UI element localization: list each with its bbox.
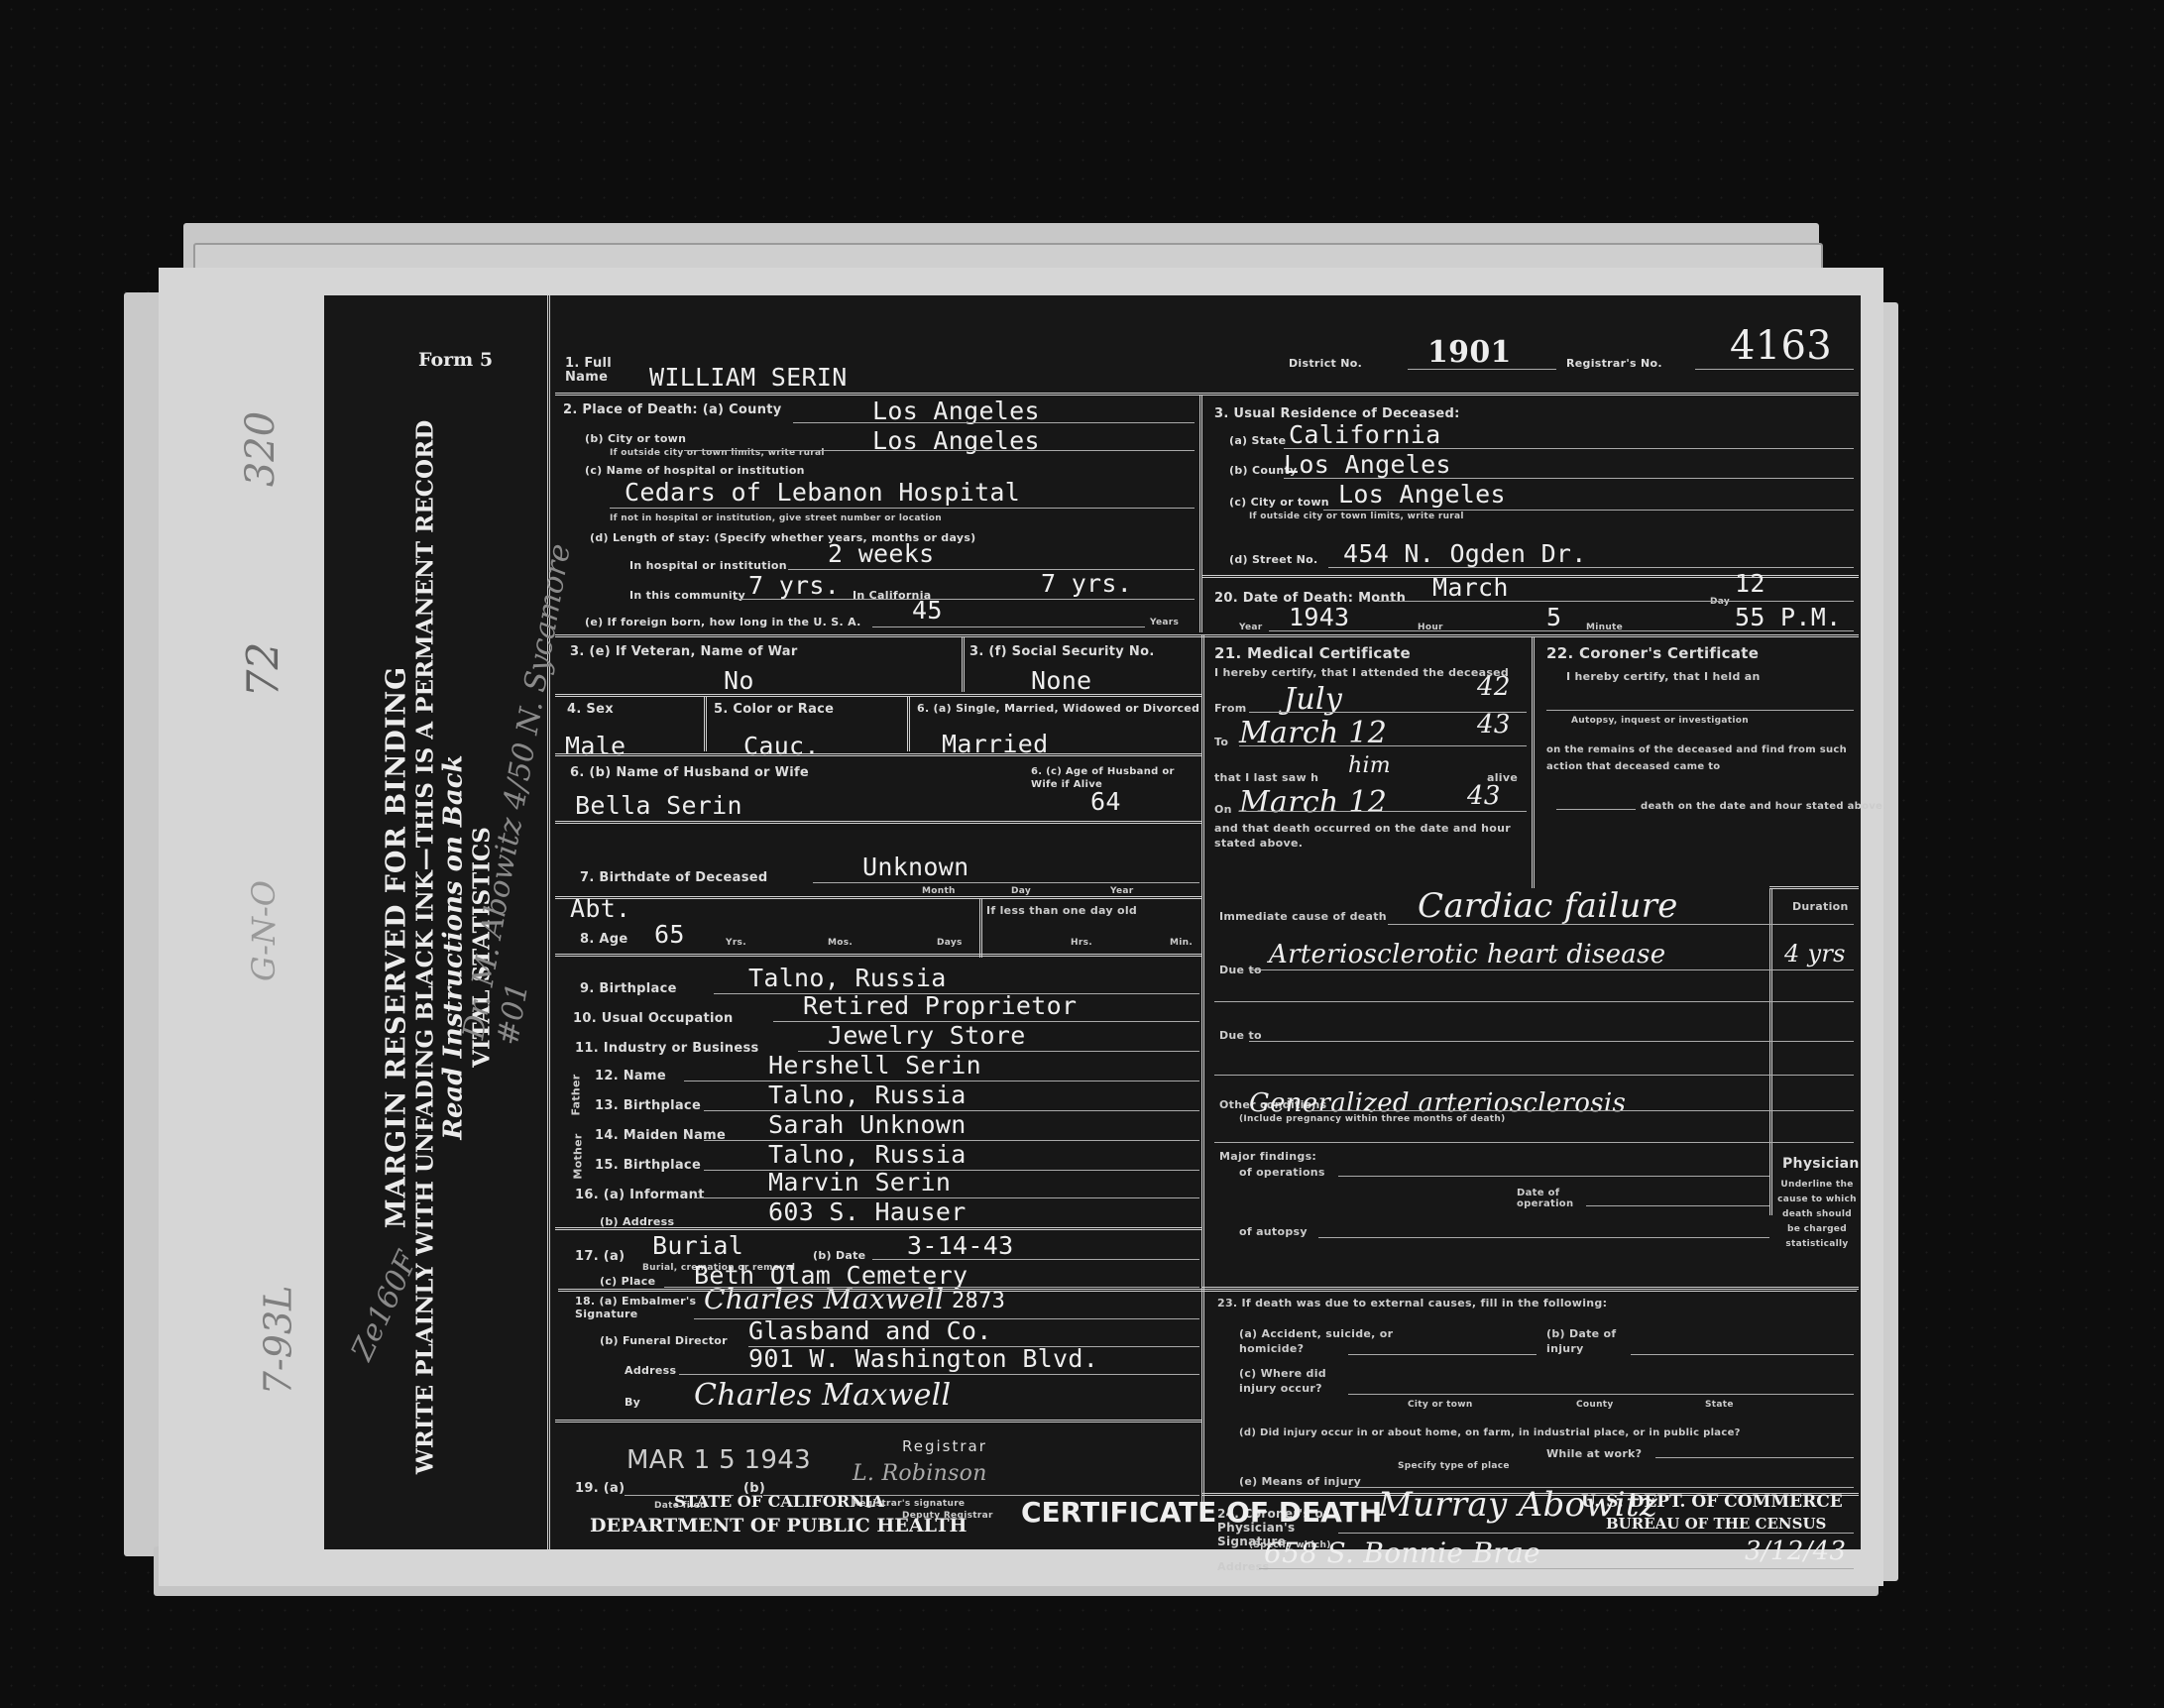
age-label: 8. Age <box>580 932 628 947</box>
coroner-line-2: on the remains of the deceased and find … <box>1546 741 1854 775</box>
coroner-line-1: I hereby certify, that I held an <box>1566 670 1761 683</box>
min-label: Min. <box>1170 938 1193 948</box>
death-certificate-form: District No. 1901 Registrar's No. 4163 1… <box>555 295 1859 1549</box>
place-of-death-label: 2. Place of Death: (a) County <box>563 402 782 417</box>
external-causes-title: 23. If death was due to external causes,… <box>1217 1297 1607 1309</box>
res-state-label: (a) State <box>1229 434 1286 447</box>
margin-line-2: WRITE PLAINLY WITH UNFADING BLACK INK—TH… <box>412 398 439 1498</box>
industry: Jewelry Store <box>828 1021 1026 1050</box>
district-label: District No. <box>1289 357 1362 370</box>
margin-line-3: Read Instructions on Back <box>439 398 469 1498</box>
physician-label: Physician <box>1782 1156 1860 1172</box>
veteran: No <box>724 666 754 695</box>
age-years: 65 <box>654 920 685 949</box>
mother-side-label: Mother <box>572 1133 585 1179</box>
hrs-label: Hrs. <box>1071 938 1092 948</box>
pencil-note-top: 320 <box>238 411 284 487</box>
footer-census: BUREAU OF THE CENSUS <box>1606 1515 1826 1533</box>
on-label: On <box>1214 803 1232 816</box>
coroner-sub-1: Autopsy, inquest or investigation <box>1571 716 1749 726</box>
race-label: 5. Color or Race <box>714 702 834 717</box>
to-label: To <box>1214 736 1228 748</box>
death-occurred-text: and that death occurred on the date and … <box>1214 821 1532 851</box>
footer-department: DEPARTMENT OF PUBLIC HEALTH <box>590 1515 967 1537</box>
operation-date-label: Date of operation <box>1517 1188 1586 1209</box>
spouse-name: Bella Serin <box>575 791 742 820</box>
pencil-note-low: G-N-O <box>245 880 283 981</box>
birthplace: Talno, Russia <box>748 964 947 992</box>
pencil-note-bottom: 7-93L <box>256 1286 299 1396</box>
birthdate: Unknown <box>862 853 968 881</box>
major-findings-label: Major findings: <box>1219 1150 1316 1163</box>
spouse-age: 64 <box>1090 787 1121 816</box>
res-city-label: (c) City or town <box>1229 496 1329 509</box>
county-sublabel: County <box>1576 1400 1614 1410</box>
city-sublabel: City or town <box>1408 1400 1473 1410</box>
last-saw-value: him <box>1348 753 1391 778</box>
stay-community: 7 yrs. <box>748 571 840 600</box>
res-street: 454 N. Ogden Dr. <box>1343 539 1587 568</box>
due-to-cause-1: Arteriosclerotic heart disease <box>1269 940 1735 969</box>
res-city: Los Angeles <box>1338 480 1506 509</box>
res-state: California <box>1289 420 1441 449</box>
informant-address: 603 S. Hauser <box>768 1197 967 1226</box>
funeral-address: 901 W. Washington Blvd. <box>748 1344 1098 1373</box>
physician-address: 658 S. Bonnie Brae <box>1264 1537 1540 1569</box>
res-city-hint: If outside city or town limits, write ru… <box>1249 512 1464 521</box>
father-name: Hershell Serin <box>768 1051 981 1080</box>
mother-maiden-name: Sarah Unknown <box>768 1110 967 1139</box>
sex-label: 4. Sex <box>567 702 614 717</box>
footer-state: STATE OF CALIFORNIA <box>674 1492 884 1511</box>
coroner-line-3: death on the date and hour stated above. <box>1641 801 1886 812</box>
death-day: 12 <box>1735 569 1765 598</box>
yrs-label: Yrs. <box>726 938 746 948</box>
stay-hospital: 2 weeks <box>828 539 934 568</box>
disposition-date: 3-14-43 <box>907 1231 1013 1260</box>
attended-to-year: 43 <box>1477 710 1511 740</box>
year-sublabel: Year <box>1110 886 1134 896</box>
death-year: 1943 <box>1289 603 1349 631</box>
funeral-address-label: Address <box>625 1364 676 1377</box>
disposition: Burial <box>652 1231 743 1260</box>
month-sublabel: Month <box>922 886 956 896</box>
duration-label: Duration <box>1792 900 1849 913</box>
physician-address-label: Address <box>1217 1560 1269 1573</box>
father-birthplace-label: 13. Birthplace <box>595 1098 701 1113</box>
res-county: Los Angeles <box>1284 450 1451 479</box>
footer-commerce: U. S. DEPT. OF COMMERCE <box>1581 1492 1843 1512</box>
industry-label: 11. Industry or Business <box>575 1041 759 1056</box>
years-in-usa: 45 <box>912 596 943 625</box>
hospital-label: (c) Name of hospital or institution <box>585 464 805 477</box>
occupation: Retired Proprietor <box>803 991 1077 1020</box>
spouse-label: 6. (b) Name of Husband or Wife <box>570 765 809 780</box>
coroner-cert-title: 22. Coroner's Certificate <box>1546 644 1759 662</box>
death-county: Los Angeles <box>872 397 1040 425</box>
marital-label: 6. (a) Single, Married, Widowed or Divor… <box>917 702 1199 715</box>
footer-title: CERTIFICATE OF DEATH <box>1021 1496 1382 1529</box>
embalmer-label: 18. (a) Embalmer's Signature <box>575 1295 714 1320</box>
place-type-sublabel: Specify type of place <box>1398 1461 1510 1471</box>
hospital-name: Cedars of Lebanon Hospital <box>625 478 1020 507</box>
veteran-label: 3. (e) If Veteran, Name of War <box>570 644 798 659</box>
last-saw-label: that I last saw h <box>1214 771 1318 784</box>
last-saw-date: March 12 <box>1239 785 1387 820</box>
while-at-work-label: While at work? <box>1546 1447 1642 1460</box>
accident-label: (a) Accident, suicide, or homicide? <box>1239 1326 1437 1356</box>
ssn-label: 3. (f) Social Security No. <box>969 644 1155 659</box>
full-name-label: 1. Full Name <box>565 357 625 385</box>
registrar-label: Registrar's No. <box>1566 357 1662 370</box>
mother-birthplace-label: 15. Birthplace <box>595 1158 701 1173</box>
informant-label: 16. (a) Informant <box>575 1188 705 1202</box>
injury-place-label: (d) Did injury occur in or about home, o… <box>1239 1420 1854 1447</box>
full-name: WILLIAM SERIN <box>649 363 848 392</box>
death-city-label: (b) City or town <box>585 432 686 445</box>
day-sublabel: Day <box>1011 886 1031 896</box>
father-name-label: 12. Name <box>595 1069 666 1083</box>
less-than-day-label: If less than one day old <box>986 904 1137 917</box>
funeral-director-label: (b) Funeral Director <box>600 1334 728 1347</box>
ssn: None <box>1031 666 1091 695</box>
funeral-director: Glasband and Co. <box>748 1316 992 1345</box>
years-unit: Years <box>1150 618 1179 627</box>
due-to-duration-1: 4 yrs <box>1784 940 1846 968</box>
by-label: By <box>625 1396 640 1409</box>
disposition-label: 17. (a) <box>575 1249 625 1264</box>
day-label: Day <box>1710 597 1730 607</box>
form-number: Form 5 <box>418 349 493 371</box>
father-birthplace: Talno, Russia <box>768 1081 967 1109</box>
cemetery-label: (c) Place <box>600 1275 655 1288</box>
birthdate-label: 7. Birthdate of Deceased <box>580 870 767 885</box>
father-side-label: Father <box>570 1074 583 1115</box>
other-conditions: Generalized arteriosclerosis <box>1249 1088 1715 1118</box>
physician-note: Underline the cause to which death shoul… <box>1776 1178 1858 1252</box>
death-hour: 5 <box>1546 603 1561 631</box>
res-street-label: (d) Street No. <box>1229 553 1318 566</box>
signature-date: 3/12/43 <box>1745 1537 1846 1566</box>
state-sublabel: State <box>1705 1400 1734 1410</box>
means-of-injury-label: (e) Means of injury <box>1239 1475 1361 1488</box>
pencil-note-mid: 72 <box>239 642 289 698</box>
by-signature: Charles Maxwell <box>694 1378 951 1413</box>
immediate-cause-label: Immediate cause of death <box>1219 910 1387 923</box>
registrar-signature: L. Robinson <box>853 1461 987 1486</box>
death-minute: 55 P.M. <box>1735 603 1841 631</box>
years-in-usa-label: (e) If foreign born, how long in the U. … <box>585 616 861 628</box>
last-saw-year: 43 <box>1467 781 1501 811</box>
attended-from-year: 42 <box>1477 672 1511 702</box>
embalmer-signature: Charles Maxwell <box>704 1283 944 1315</box>
birthplace-label: 9. Birthplace <box>580 981 677 996</box>
from-label: From <box>1214 702 1246 715</box>
death-month: March <box>1432 573 1509 602</box>
autopsy-label: of autopsy <box>1239 1225 1308 1238</box>
injury-date-label: (b) Date of injury <box>1546 1326 1655 1356</box>
stay-california: 7 yrs. <box>1041 569 1132 598</box>
medical-cert-title: 21. Medical Certificate <box>1214 644 1411 662</box>
mos-label: Mos. <box>828 938 853 948</box>
date-filed-label: 19. (a) <box>575 1481 625 1496</box>
date-filed: MAR 1 5 1943 <box>626 1445 811 1475</box>
residence-label: 3. Usual Residence of Deceased: <box>1214 406 1460 421</box>
injury-location-label: (c) Where did injury occur? <box>1239 1366 1358 1396</box>
days-label: Days <box>937 938 963 948</box>
age-prefix: Abt. <box>570 894 630 923</box>
embalmer-license: 2873 <box>952 1289 1005 1313</box>
registrar-title: Registrar <box>902 1437 987 1455</box>
informant: Marvin Serin <box>768 1168 951 1196</box>
occupation-label: 10. Usual Occupation <box>573 1011 734 1026</box>
year-label: Year <box>1239 623 1263 632</box>
district-number: 1901 <box>1427 335 1512 370</box>
operations-label: of operations <box>1239 1166 1325 1179</box>
immediate-cause: Cardiac failure <box>1418 886 1678 926</box>
mother-birthplace: Talno, Russia <box>768 1140 967 1169</box>
hospital-hint: If not in hospital or institution, give … <box>610 513 942 523</box>
registrar-number: 4163 <box>1730 323 1832 369</box>
stay-community-label: In this community <box>629 589 745 602</box>
